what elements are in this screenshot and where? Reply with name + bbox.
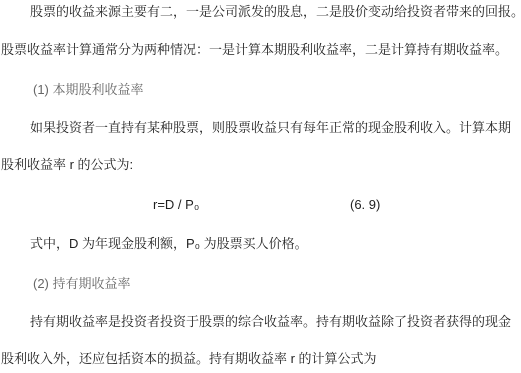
paragraph1-line1: 股票的收益来源主要有二，一是公司派发的股息，二是股价变动给投资者带来的回报。	[30, 4, 521, 20]
paragraph2-line1: 如果投资者一直持有某种股票，则股票收益只有每年正常的现金股利收入。计算本期	[30, 120, 511, 136]
paragraph4-line2: 股利收入外，还应包括资本的损益。持有期收益率 r 的计算公式为	[1, 351, 377, 367]
document-page: 股票的收益来源主要有二，一是公司派发的股息，二是股价变动给投资者带来的回报。 股…	[0, 0, 521, 373]
section-heading-holding-period-yield: (2) 持有期收益率	[33, 276, 131, 292]
equation-number: (6. 9)	[350, 197, 380, 213]
section-heading-current-dividend-yield: (1) 本期股利收益率	[33, 82, 144, 98]
paragraph2-line2: 股利收益率 r 的公式为:	[1, 157, 133, 173]
formula-expression: r=D / P₀	[153, 197, 199, 213]
paragraph1-line2: 股票收益率计算通常分为两种情况：一是计算本期股利收益率，二是计算持有期收益率。	[1, 42, 508, 58]
paragraph3-line1: 式中，D 为年现金股利额，P₀ 为股票买人价格。	[30, 236, 308, 252]
paragraph4-line1: 持有期收益率是投资者投资于股票的综合收益率。持有期收益除了投资者获得的现金	[30, 314, 511, 330]
